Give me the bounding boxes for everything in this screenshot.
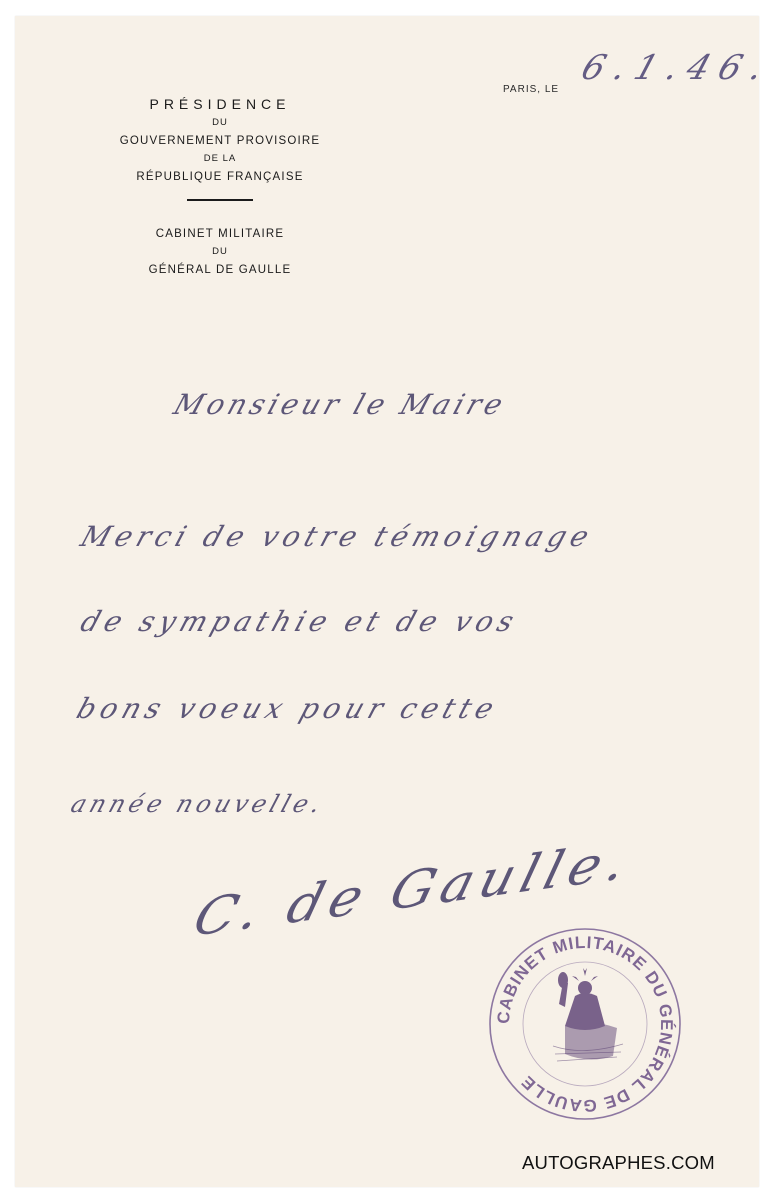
letterhead-presidence: PRÉSIDENCE — [85, 94, 355, 114]
official-stamp-icon: CABINET MILITAIRE DU GÉNÉRAL DE GAULLE — [487, 926, 683, 1122]
letterhead-divider — [187, 199, 253, 201]
letterhead-cabinet: CABINET MILITAIRE — [85, 225, 355, 243]
letterhead-gouvernement: GOUVERNEMENT PROVISOIRE — [85, 132, 355, 150]
body-line-4: année nouvelle. — [67, 790, 328, 818]
letterhead-general: GÉNÉRAL DE GAULLE — [85, 261, 355, 279]
handwritten-date: 6.1.46. — [577, 48, 773, 88]
salutation: Monsieur le Maire — [170, 388, 511, 421]
letterhead-de-la: DE LA — [85, 150, 355, 168]
letterhead-du: DU — [85, 114, 355, 132]
place-label: PARIS, LE — [503, 84, 559, 95]
letterhead-du-2: DU — [85, 243, 355, 261]
letterhead: PRÉSIDENCE DU GOUVERNEMENT PROVISOIRE DE… — [85, 94, 355, 279]
watermark-text: AUTOGRAPHES.COM — [522, 1152, 715, 1174]
letterhead-republique: RÉPUBLIQUE FRANÇAISE — [85, 168, 355, 186]
body-line-2: de sympathie et de vos — [77, 605, 523, 638]
body-line-1: Merci de votre témoignage — [77, 520, 598, 553]
body-line-3: bons voeux pour cette — [73, 692, 503, 725]
